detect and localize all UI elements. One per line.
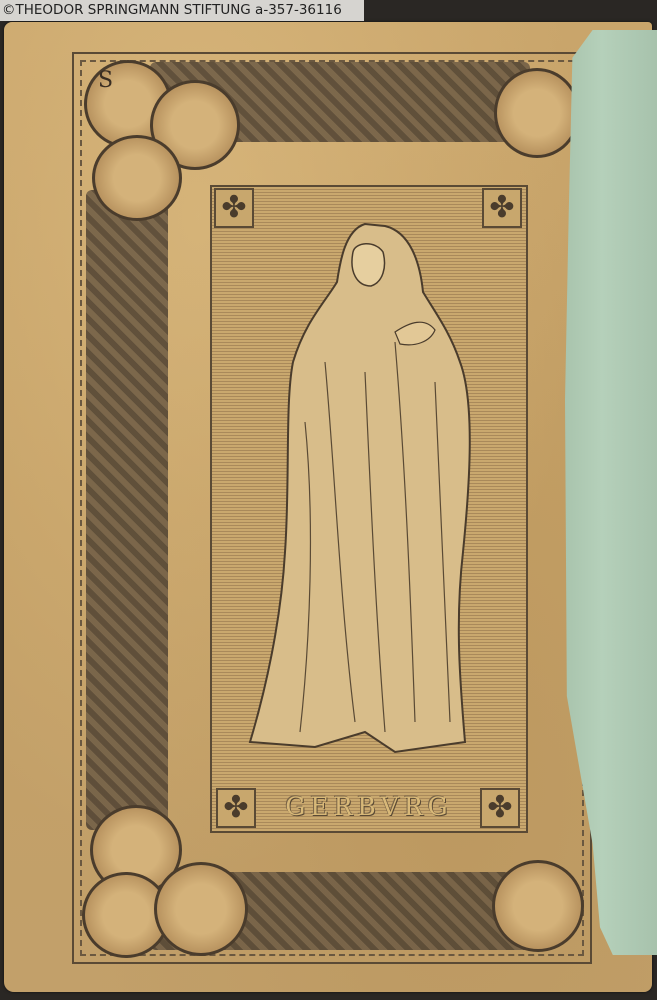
corner-scroll-bottom-right <box>492 860 584 952</box>
ornament-band-left <box>86 190 168 830</box>
nun-figure-illustration <box>245 222 495 762</box>
watermark: ©THEODOR SPRINGMANN STIFTUNG a-357-36116 <box>0 0 364 21</box>
monogram: S <box>98 68 113 93</box>
corner-scroll-top-left-3 <box>92 135 182 221</box>
corner-scroll-top-right <box>494 68 580 158</box>
cover-caption: GERBVRG <box>262 790 476 824</box>
corner-scroll-bottom-left-3 <box>154 862 248 956</box>
